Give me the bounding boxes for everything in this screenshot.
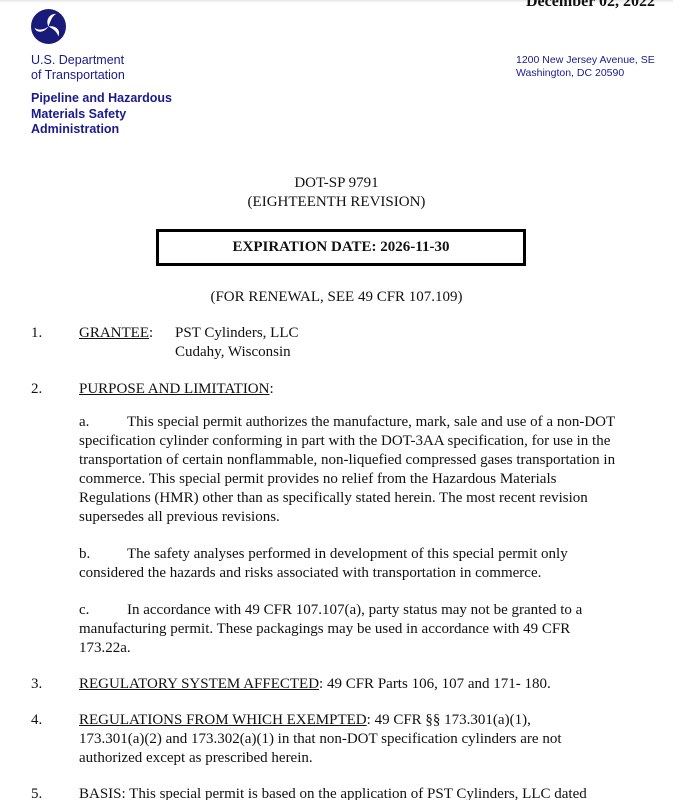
grantee-name: PST Cylinders, LLC: [175, 324, 299, 343]
heading-text: GRANTEE: [79, 325, 149, 341]
para-line: specification cylinder conforming in par…: [79, 432, 659, 451]
paragraph-2b: b.The safety analyses performed in devel…: [79, 545, 659, 583]
admin-line: Materials Safety: [31, 107, 172, 123]
section-body: 173.301(a)(2) and 173.302(a)(1) in that …: [79, 730, 562, 749]
para-line: This special permit authorizes the manuf…: [127, 414, 615, 430]
para-label: a.: [79, 413, 127, 432]
grantee-location: Cudahy, Wisconsin: [175, 343, 291, 362]
document-page: December 02, 2022 U.S. Department of Tra…: [0, 0, 673, 800]
administration-name: Pipeline and Hazardous Materials Safety …: [31, 91, 172, 138]
section-body: BASIS: This special permit is based on t…: [79, 785, 587, 800]
address-line: 1200 New Jersey Avenue, SE: [516, 54, 655, 67]
agency-line: of Transportation: [31, 68, 125, 83]
expiration-date: EXPIRATION DATE: 2026-11-30: [233, 239, 450, 256]
section-number: 4.: [31, 711, 42, 730]
heading-colon: :: [269, 381, 273, 397]
para-line: manufacturing permit. These packagings m…: [79, 620, 659, 639]
para-line: In accordance with 49 CFR 107.107(a), pa…: [127, 602, 582, 618]
section-number: 5.: [31, 785, 42, 800]
section-text: REGULATIONS FROM WHICH EXEMPTED: 49 CFR …: [79, 711, 562, 768]
permit-id: DOT-SP 9791: [0, 174, 673, 193]
agency-line: U.S. Department: [31, 53, 125, 68]
address-line: Washington, DC 20590: [516, 67, 655, 80]
para-line: considered the hazards and risks associa…: [79, 564, 659, 583]
section-body: : 49 CFR §§ 173.301(a)(1),: [367, 712, 531, 728]
section-body: authorized except as prescribed herein.: [79, 749, 562, 768]
issue-date: December 02, 2022: [526, 0, 655, 11]
permit-number: DOT-SP 9791 (EIGHTEENTH REVISION): [0, 174, 673, 212]
permit-revision: (EIGHTEENTH REVISION): [0, 193, 673, 212]
para-line: 173.22a.: [79, 639, 659, 658]
paragraph-2a: a.This special permit authorizes the man…: [79, 413, 659, 527]
para-line: commerce. This special permit provides n…: [79, 470, 659, 489]
para-line: supersedes all previous revisions.: [79, 508, 659, 527]
para-label: b.: [79, 545, 127, 564]
para-line: Regulations (HMR) other than as specific…: [79, 489, 659, 508]
paragraph-2c: c.In accordance with 49 CFR 107.107(a), …: [79, 601, 659, 658]
para-line: The safety analyses performed in develop…: [127, 546, 568, 562]
section-body: : 49 CFR Parts 106, 107 and 171- 180.: [319, 676, 551, 692]
section-number: 3.: [31, 675, 42, 694]
agency-address: 1200 New Jersey Avenue, SE Washington, D…: [516, 54, 655, 79]
heading-text: REGULATIONS FROM WHICH EXEMPTED: [79, 712, 367, 728]
expiration-box: EXPIRATION DATE: 2026-11-30: [156, 229, 526, 266]
para-label: c.: [79, 601, 127, 620]
para-line: transportation of certain nonflammable, …: [79, 451, 659, 470]
section-number: 1.: [31, 324, 42, 343]
agency-name: U.S. Department of Transportation: [31, 53, 125, 83]
admin-line: Administration: [31, 122, 172, 138]
dot-triskelion-logo-icon: [31, 9, 66, 44]
renewal-note: (FOR RENEWAL, SEE 49 CFR 107.109): [0, 289, 673, 306]
section-heading: PURPOSE AND LIMITATION:: [79, 380, 274, 399]
section-heading: GRANTEE:: [79, 324, 153, 343]
admin-line: Pipeline and Hazardous: [31, 91, 172, 107]
section-number: 2.: [31, 380, 42, 399]
heading-text: REGULATORY SYSTEM AFFECTED: [79, 676, 319, 692]
heading-text: PURPOSE AND LIMITATION: [79, 381, 269, 397]
section-text: REGULATORY SYSTEM AFFECTED: 49 CFR Parts…: [79, 675, 551, 694]
heading-colon: :: [149, 325, 153, 341]
